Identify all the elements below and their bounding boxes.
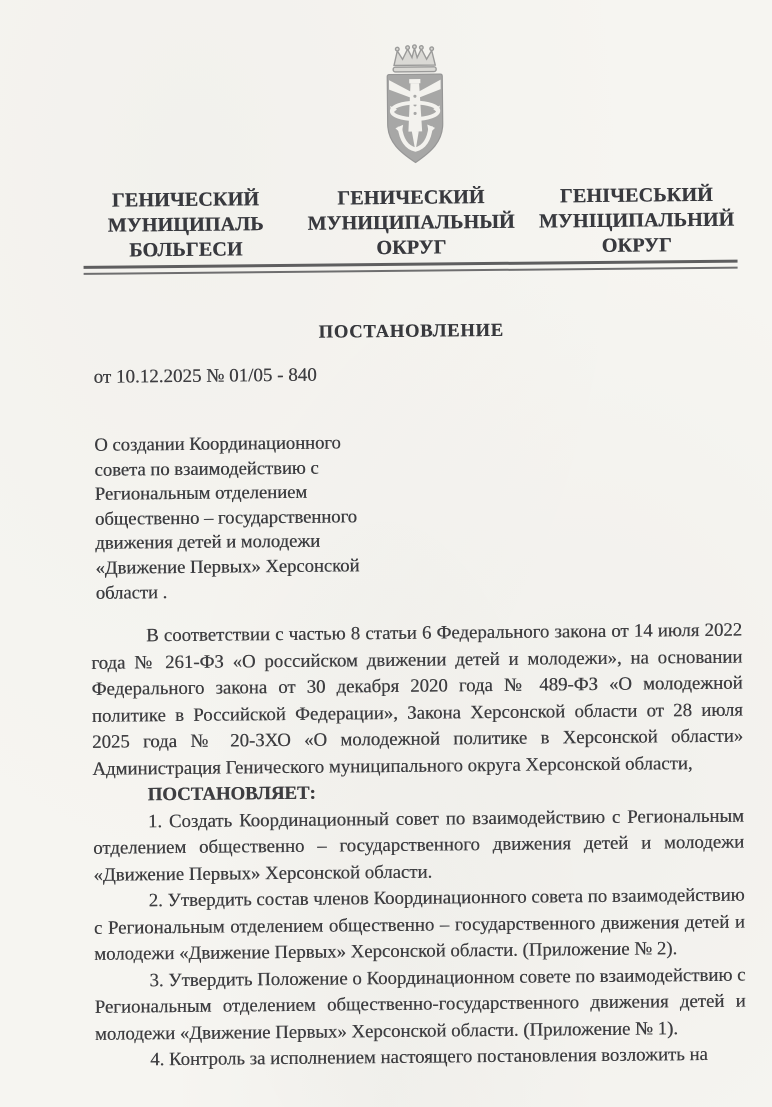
doc-type-title: ПОСТАНОВЛЕНИЕ bbox=[84, 319, 738, 346]
decree-item-1: 1. Создать Координационный совет по взаи… bbox=[93, 803, 745, 889]
decree-item-4: 4. Контроль за исполнением настоящего по… bbox=[95, 1042, 746, 1075]
coat-of-arms-icon bbox=[371, 43, 458, 168]
scanned-page: ГЕНИЧЕСКИЙ МУНИЦИПАЛЬ БОЛЬГЕСИ ГЕНИЧЕСКИ… bbox=[0, 0, 772, 1107]
body-text: В соответствии с частью 8 статьи 6 Федер… bbox=[91, 618, 746, 1075]
decree-item-3: 3. Утвердить Положение о Координационном… bbox=[94, 962, 746, 1048]
page-content: ГЕНИЧЕСКИЙ МУНИЦИПАЛЬ БОЛЬГЕСИ ГЕНИЧЕСКИ… bbox=[0, 0, 772, 1107]
decree-item-2: 2. Утвердить состав членов Координационн… bbox=[94, 883, 746, 969]
letterhead-ukrainian: ГЕНІЧЕСЬКИЙ МУНІЦИПАЛЬНИЙ ОКРУГ bbox=[532, 183, 742, 260]
letterhead: ГЕНИЧЕСКИЙ МУНИЦИПАЛЬ БОЛЬГЕСИ ГЕНИЧЕСКИ… bbox=[81, 183, 742, 264]
letterhead-crimean-tatar: ГЕНИЧЕСКИЙ МУНИЦИПАЛЬ БОЛЬГЕСИ bbox=[81, 187, 291, 264]
subject-block: О создании Координационного совета по вз… bbox=[94, 431, 436, 606]
letterhead-russian: ГЕНИЧЕСКИЙ МУНИЦИПАЛЬНЫЙ ОКРУГ bbox=[298, 185, 525, 262]
date-number-line: от 10.12.2025 № 01/05 - 840 bbox=[94, 365, 317, 389]
preamble-paragraph: В соответствии с частью 8 статьи 6 Федер… bbox=[91, 618, 743, 783]
